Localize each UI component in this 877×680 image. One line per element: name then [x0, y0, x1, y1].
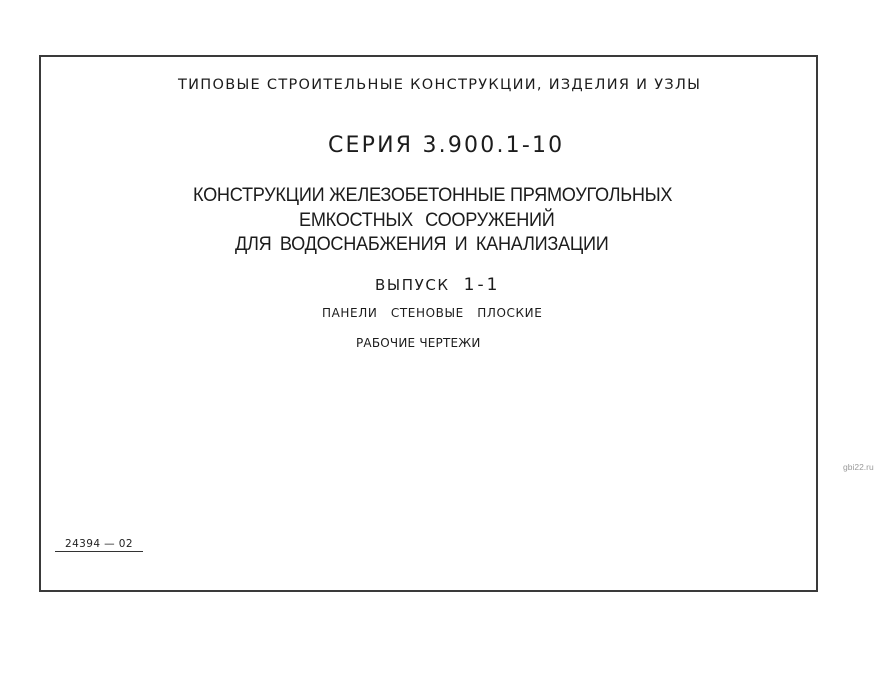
- series-number: Серия 3.900.1-10: [328, 133, 564, 158]
- document-subtitle: Панели стеновые плоские: [322, 306, 542, 320]
- document-title-line-1: Конструкции железобетонные прямоугольных: [193, 184, 672, 207]
- document-title-line-2: емкостных сооружений: [299, 209, 555, 232]
- document-code: 24394 — 02: [55, 538, 143, 552]
- document-title-line-3: для водоснабжения и канализации: [235, 233, 609, 256]
- issue-label: Выпуск: [375, 276, 450, 294]
- working-drawings-label: Рабочие чертежи: [356, 336, 481, 350]
- watermark: gbi22.ru: [843, 462, 874, 472]
- issue-number: 1-1: [464, 275, 501, 295]
- issue-line: Выпуск1-1: [375, 275, 500, 295]
- document-header: Типовые строительные конструкции, издели…: [178, 77, 701, 93]
